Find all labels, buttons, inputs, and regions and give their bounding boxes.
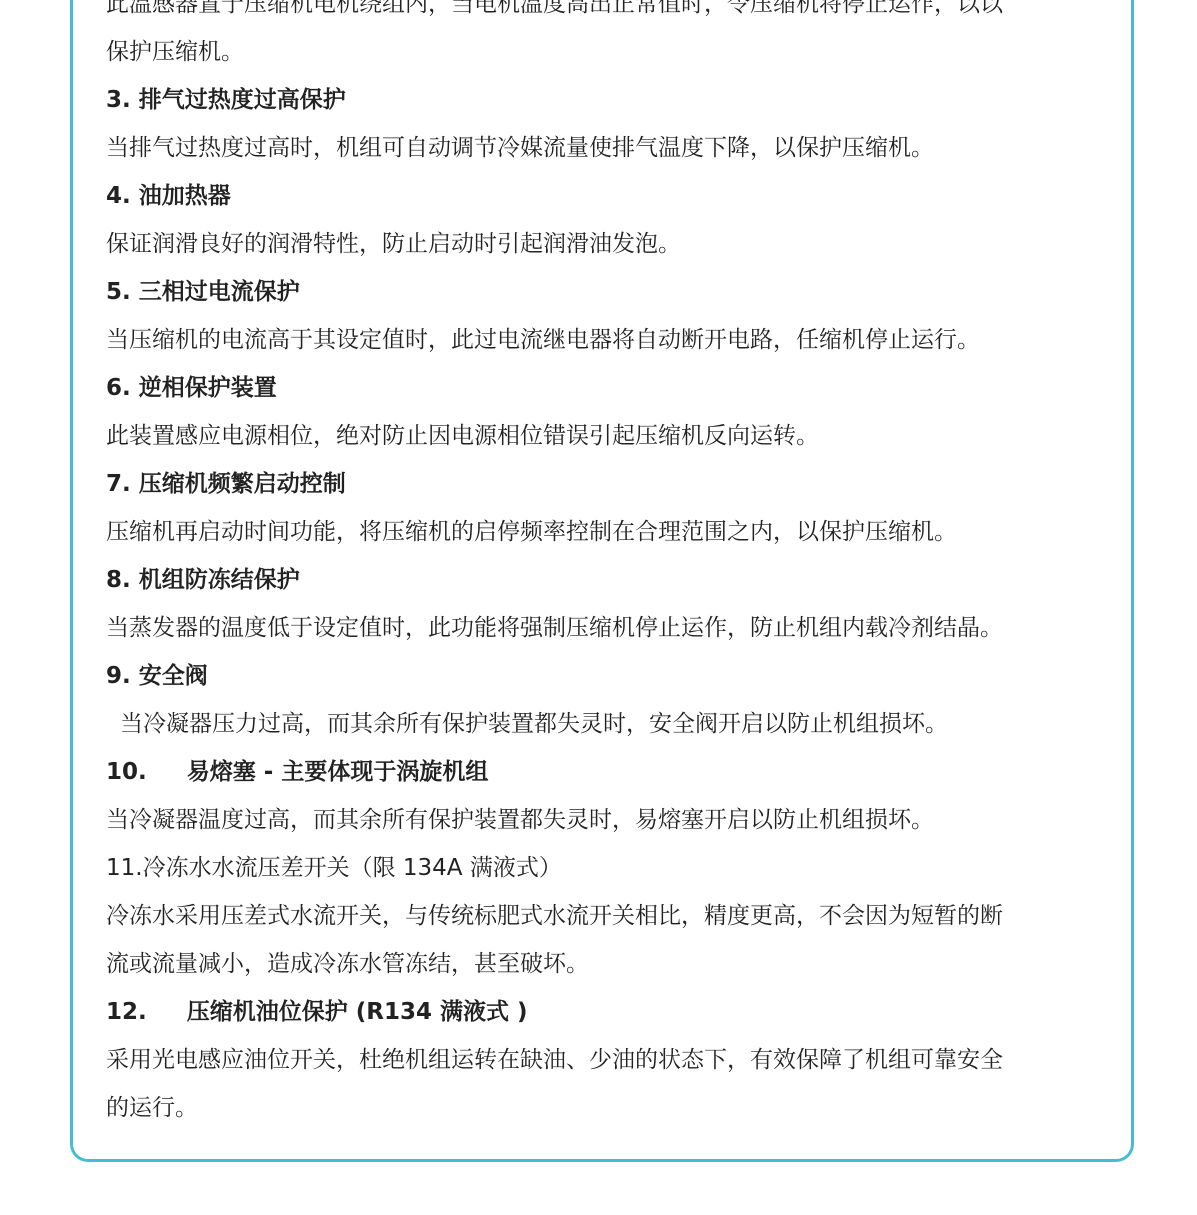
body-text: 当蒸发器的温度低于设定值时，此功能将强制压缩机停止运作，防止机组内载冷剂结晶。 <box>106 604 1106 652</box>
body-text: 压缩机再启动时间功能，将压缩机的启停频率控制在合理范围之内，以保护压缩机。 <box>106 508 1106 556</box>
body-text: 的运行。 <box>106 1084 1106 1132</box>
body-text: 此温感器置于压缩机电机绕组内，当电机温度高出正常值时，令压缩机将停止运作，以以 <box>106 0 1106 28</box>
body-text: 冷冻水采用压差式水流开关，与传统标肥式水流开关相比，精度更高，不会因为短暂的断 <box>106 892 1106 940</box>
body-text: 此装置感应电源相位，绝对防止因电源相位错误引起压缩机反向运转。 <box>106 412 1106 460</box>
body-text: 保护压缩机。 <box>106 28 1106 76</box>
body-text: 当压缩机的电流高于其设定值时，此过电流继电器将自动断开电路，任缩机停止运行。 <box>106 316 1106 364</box>
body-text: 流或流量减小，造成冷冻水管冻结，甚至破坏。 <box>106 940 1106 988</box>
section-heading-3: 3. 排气过热度过高保护 <box>106 76 1106 124</box>
section-heading-12: 12. 压缩机油位保护 (R134 满液式 ) <box>106 988 1106 1036</box>
section-heading-6: 6. 逆相保护装置 <box>106 364 1106 412</box>
section-heading-5: 5. 三相过电流保护 <box>106 268 1106 316</box>
body-text: 保证润滑良好的润滑特性，防止启动时引起润滑油发泡。 <box>106 220 1106 268</box>
section-heading-11: 11.冷冻水水流压差开关（限 134A 满液式） <box>106 844 1106 892</box>
body-text: 采用光电感应油位开关，杜绝机组运转在缺油、少油的状态下，有效保障了机组可靠安全 <box>106 1036 1106 1084</box>
section-heading-8: 8. 机组防冻结保护 <box>106 556 1106 604</box>
section-heading-9: 9. 安全阀 <box>106 652 1106 700</box>
document-body: 此温感器置于压缩机电机绕组内，当电机温度高出正常值时，令压缩机将停止运作，以以 … <box>106 0 1106 1132</box>
section-heading-10: 10. 易熔塞 - 主要体现于涡旋机组 <box>106 748 1106 796</box>
section-heading-7: 7. 压缩机频繁启动控制 <box>106 460 1106 508</box>
body-text: 当冷凝器压力过高，而其余所有保护装置都失灵时，安全阀开启以防止机组损坏。 <box>106 700 1106 748</box>
body-text: 当冷凝器温度过高，而其余所有保护装置都失灵时，易熔塞开启以防止机组损坏。 <box>106 796 1106 844</box>
section-heading-4: 4. 油加热器 <box>106 172 1106 220</box>
body-text: 当排气过热度过高时，机组可自动调节冷媒流量使排气温度下降，以保护压缩机。 <box>106 124 1106 172</box>
